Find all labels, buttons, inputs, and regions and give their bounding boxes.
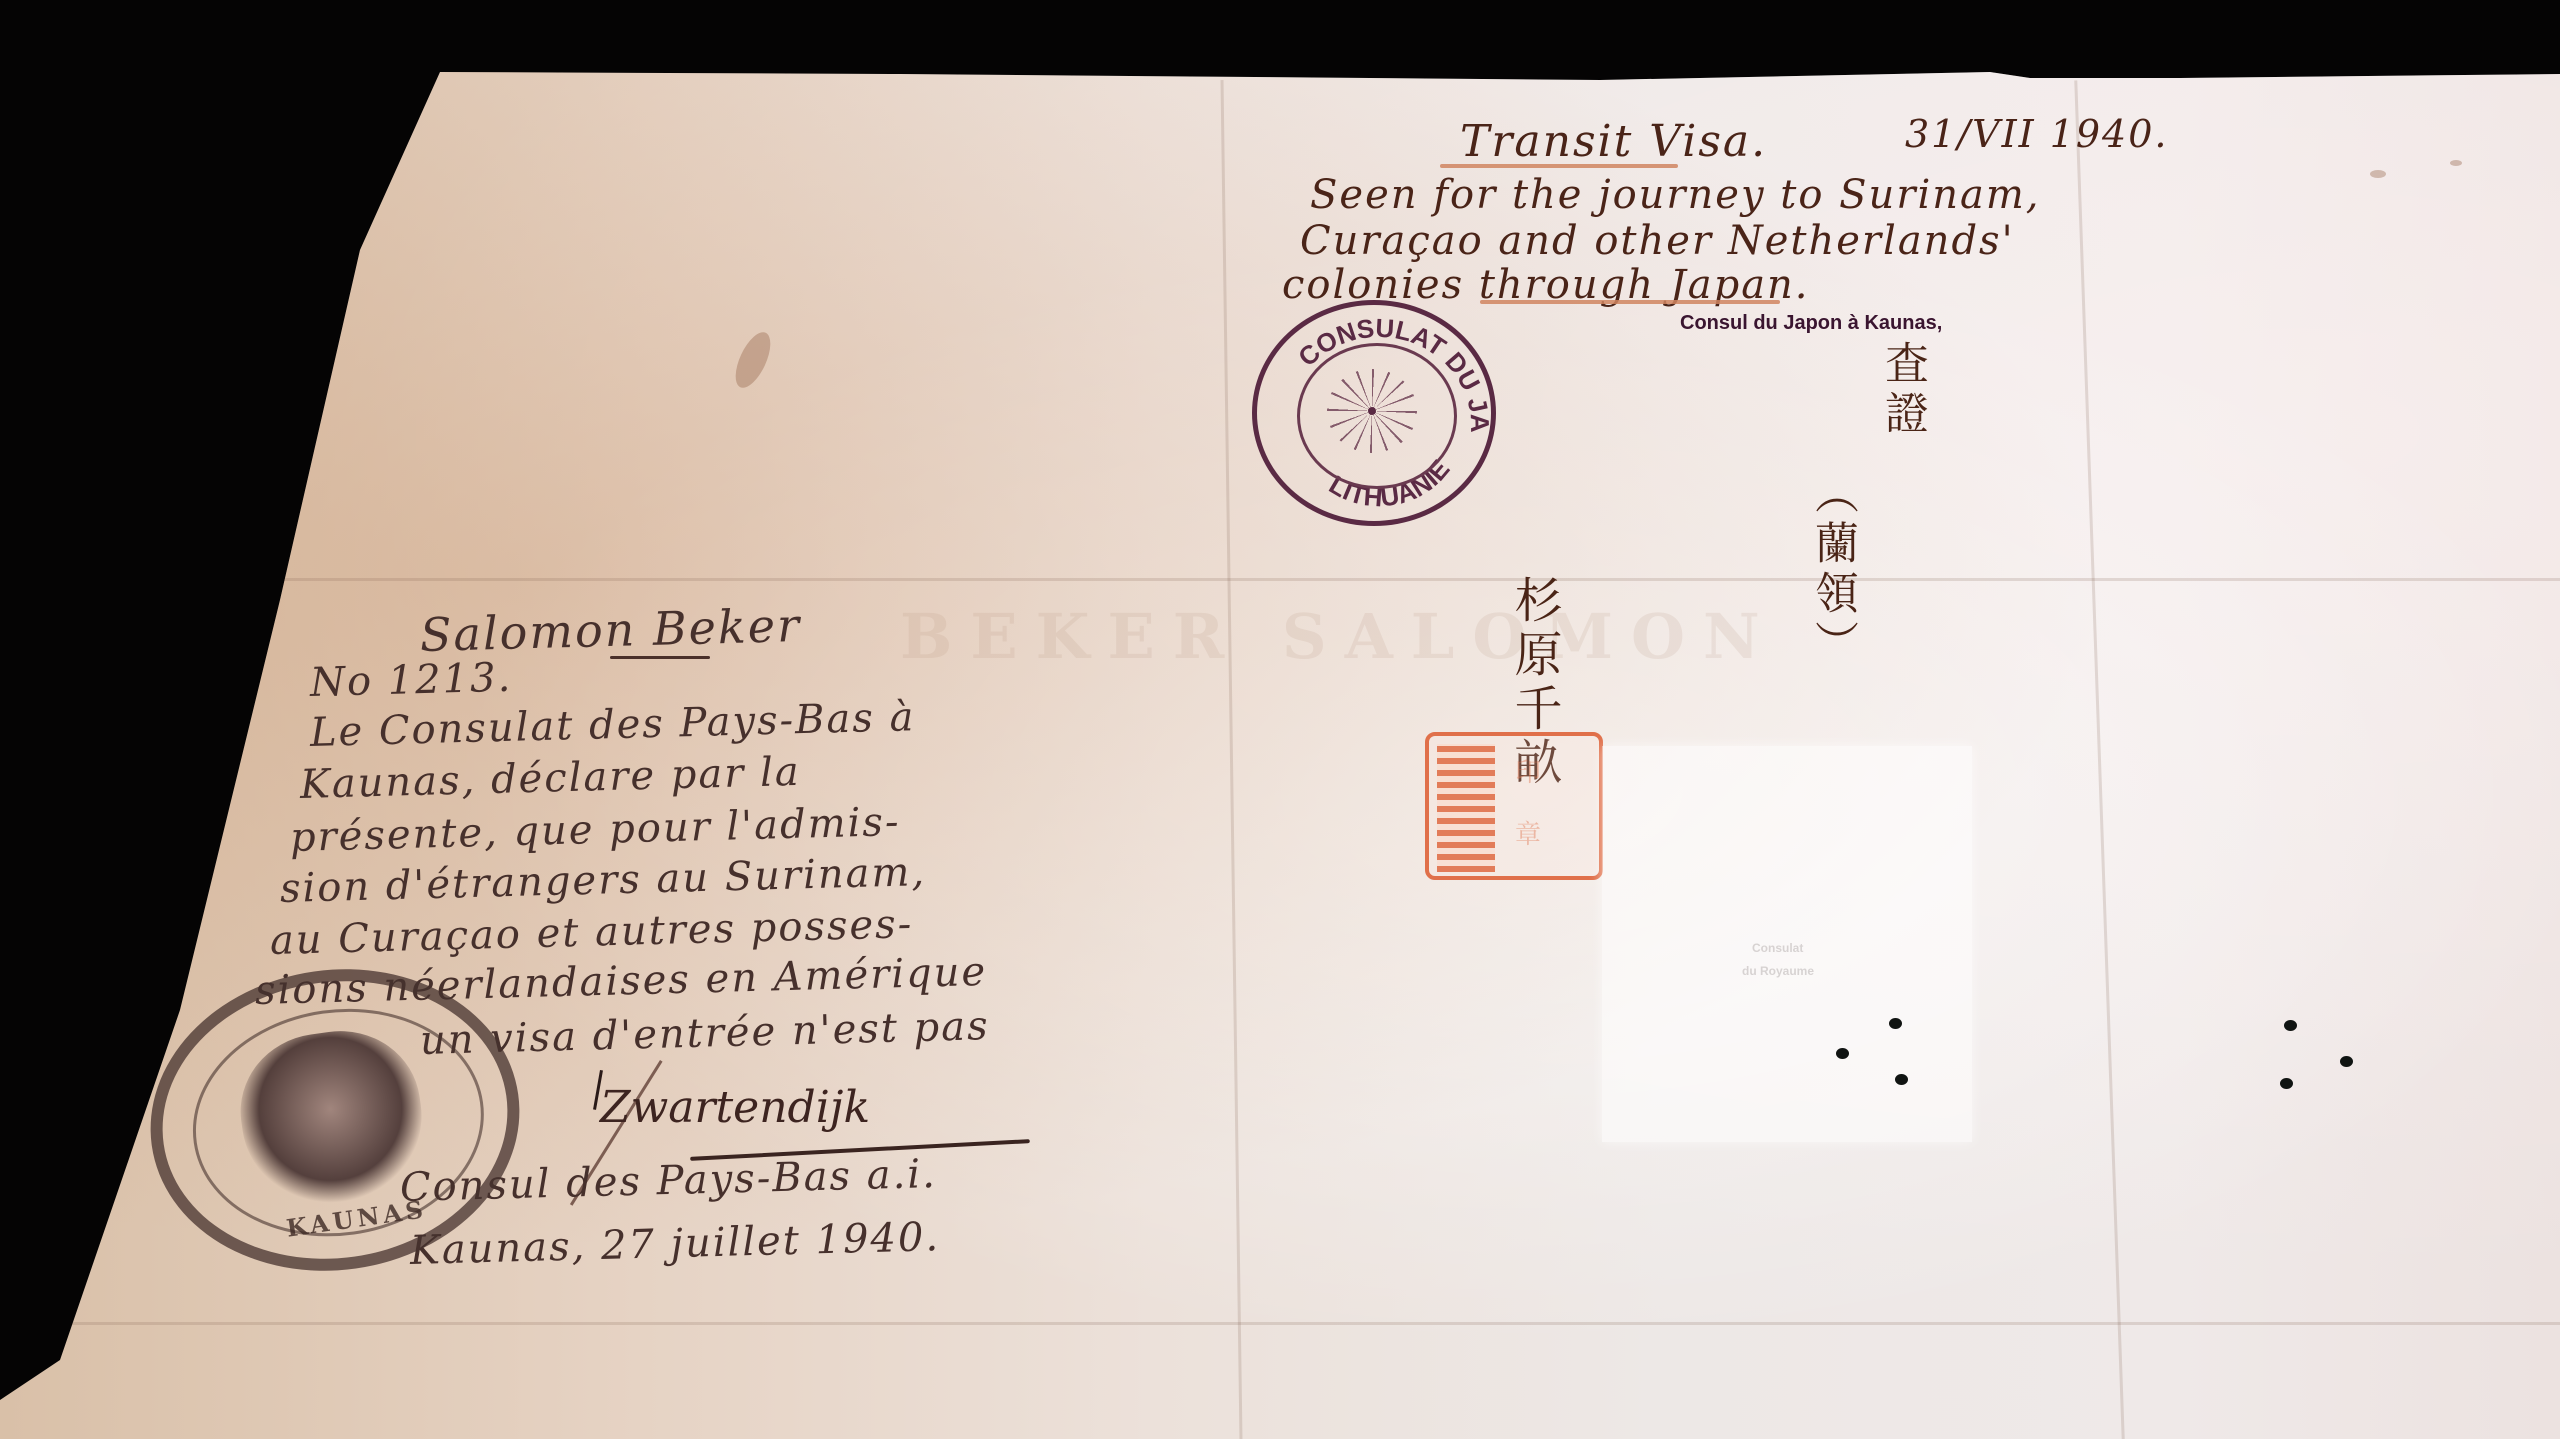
seal-characters-left <box>1437 744 1495 872</box>
ink-stain <box>2450 160 2462 166</box>
calligraphy-column-1: 査證 <box>1870 340 1934 440</box>
photo-placeholder: Consulat du Royaume <box>1602 746 1972 1142</box>
calligraphy-column-2: （蘭領） <box>1800 470 1864 670</box>
punch-hole <box>2340 1056 2353 1067</box>
watermark-name: BEKER SALOMON <box>900 600 1778 673</box>
visa-text-line-1: Seen for the journey to Surinam, <box>1310 172 2040 218</box>
punch-hole <box>2280 1078 2293 1089</box>
punch-hole <box>1836 1048 1849 1059</box>
seal-glyph: 章 <box>1515 814 1541 851</box>
punch-hole <box>1895 1074 1908 1085</box>
holder-name-underline <box>610 656 710 659</box>
consul-typed-line: Consul du Japon à Kaunas, <box>1680 312 1942 335</box>
fold-line-vertical-left <box>1221 80 1243 1439</box>
chrysanthemum-center <box>1368 407 1376 415</box>
visa-document: BEKER SALOMON Transit Visa. 31/VII 1940.… <box>0 0 2560 1439</box>
visa-text-line-2: Curaçao and other Netherlands' <box>1300 218 2015 264</box>
fold-line-horizontal-upper <box>280 578 2560 581</box>
declaration-number: No 1213. <box>309 655 512 706</box>
photo-faint-text-2: du Royaume <box>1742 964 1814 978</box>
fold-line-vertical-right <box>2074 80 2124 1439</box>
ink-stain <box>2370 170 2386 178</box>
punch-hole <box>1889 1018 1902 1029</box>
fold-line-horizontal-lower <box>60 1322 2560 1325</box>
visa-title: Transit Visa. <box>1460 116 1767 167</box>
red-personal-seal: 印 章 <box>1425 732 1603 880</box>
title-underline <box>1440 164 1678 168</box>
visa-date: 31/VII 1940. <box>1905 112 2169 156</box>
punch-hole <box>2284 1020 2297 1031</box>
holder-name: Salomon Beker <box>419 598 801 662</box>
ink-stain <box>729 327 778 392</box>
declaration-line-2: Kaunas, déclare par la <box>299 749 801 808</box>
japanese-consulate-seal: CONSULAT DU JAPON LITHUANIE <box>1252 300 1496 526</box>
photo-faint-text-1: Consulat <box>1752 941 1803 955</box>
consul-signature: Zwartendijk <box>600 1082 870 1133</box>
through-japan-underline <box>1480 300 1780 304</box>
seal-glyph: 印 <box>1515 752 1541 789</box>
place-date: Kaunas, 27 juillet 1940. <box>409 1214 940 1274</box>
